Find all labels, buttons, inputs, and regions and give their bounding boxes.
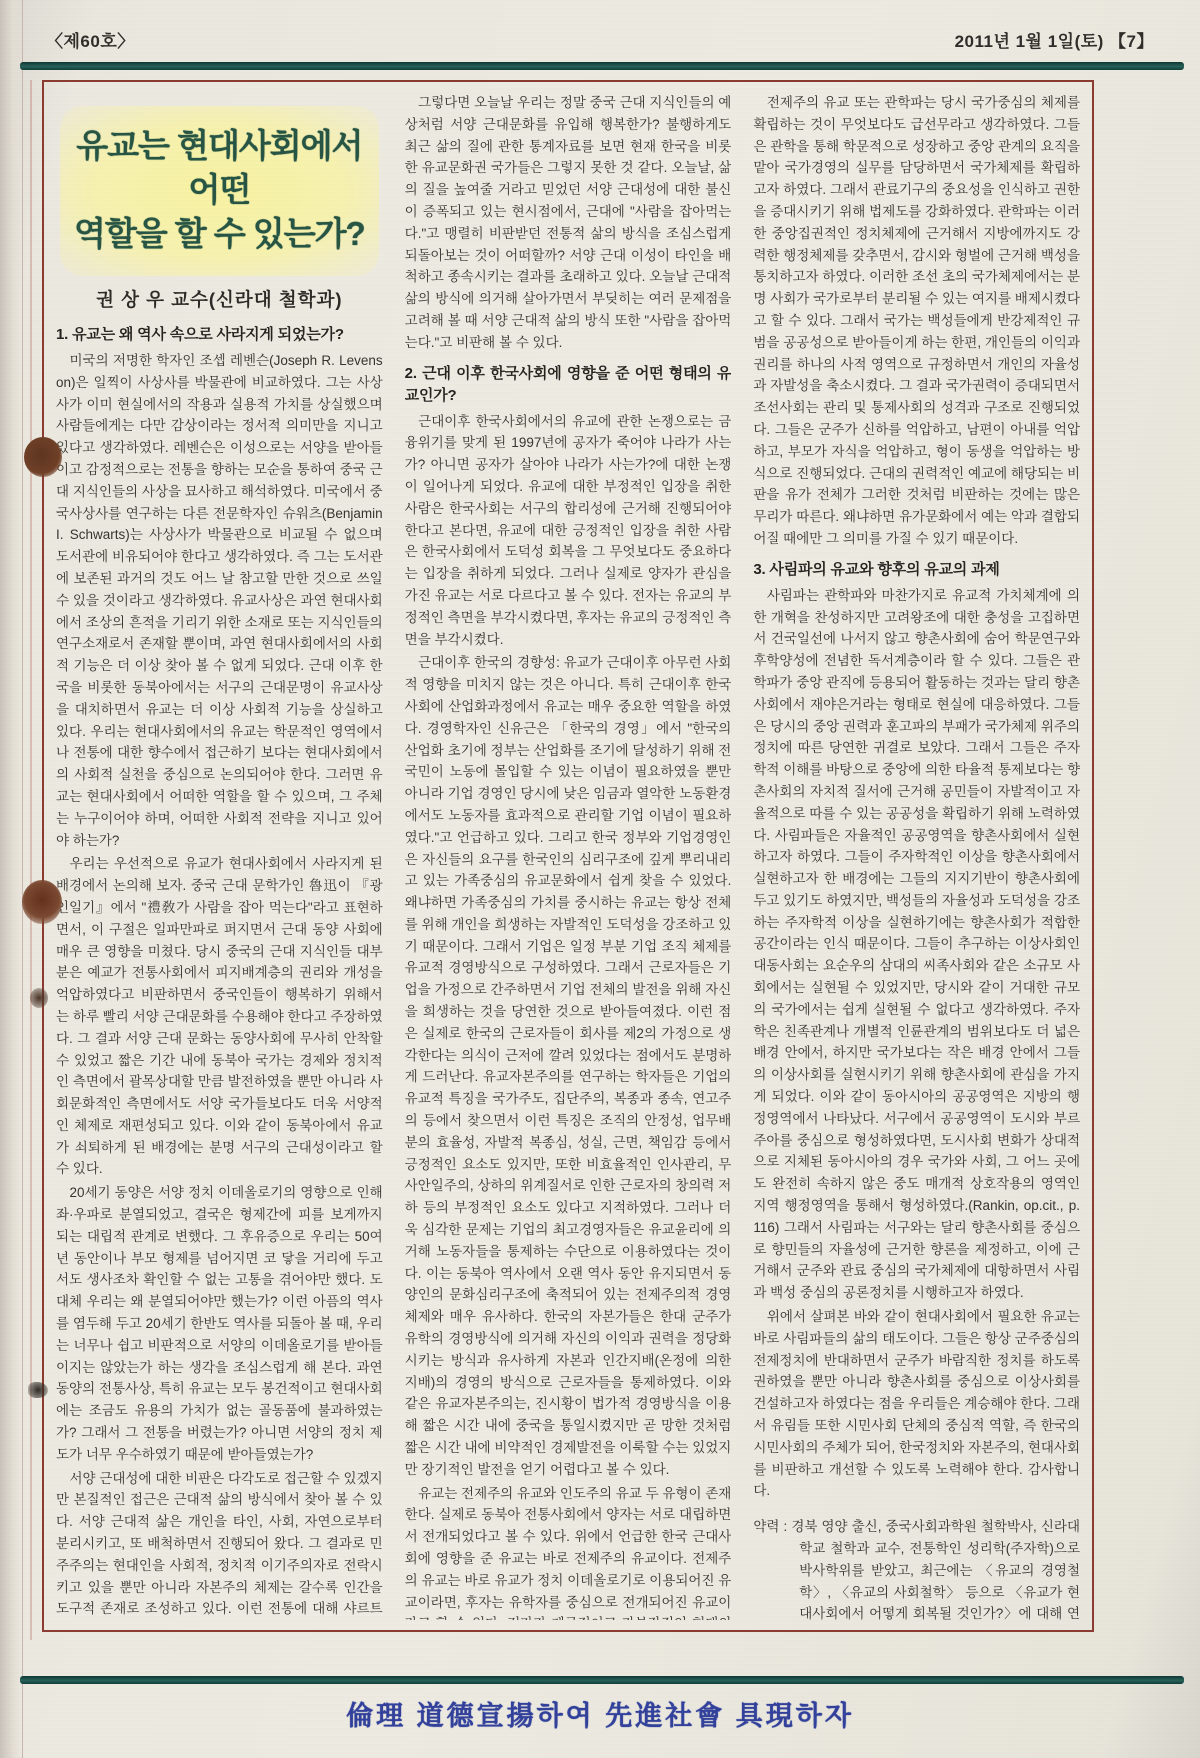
body-paragraph: 위에서 살펴본 바와 같이 현대사회에서 필요한 유교는 바로 사림파들의 삶의… <box>753 1306 1080 1502</box>
date-page-number: 2011년 1월 1일(토) 【7】 <box>955 27 1154 52</box>
body-paragraph: 유교는 전제주의 유교와 인도주의 유교 두 유형이 존재한다. 실제로 동북아… <box>405 1483 732 1620</box>
section-heading: 1. 유교는 왜 역사 속으로 사라지게 되었는가? <box>56 324 383 346</box>
body-paragraph: 우리는 우선적으로 유교가 현대사회에서 사라지게 된 배경에서 논의해 보자.… <box>56 853 383 1180</box>
body-paragraph: 그렇다면 오늘날 우리는 정말 중국 근대 지식인들의 예상처럼 서양 근대문화… <box>405 92 732 354</box>
column-1-blocks: 1. 유교는 왜 역사 속으로 사라지게 되었는가?미국의 저명한 학자인 조셉… <box>56 324 383 1620</box>
article-frame: 유교는 현대사회에서 어떤 역할을 할 수 있는가? 권 상 우 교수(신라대 … <box>42 80 1094 1632</box>
article-title-line2: 역할을 할 수 있는가? <box>66 212 373 256</box>
article-title: 유교는 현대사회에서 어떤 역할을 할 수 있는가? <box>60 106 379 276</box>
header-rule <box>20 62 1184 70</box>
article-author: 권 상 우 교수(신라대 철학과) <box>56 286 383 312</box>
body-paragraph: 근대이후 한국사회에서의 유교에 관한 논쟁으로는 금융위기를 맞게 된 199… <box>405 411 732 651</box>
column-3-blocks: 전제주의 유교 또는 관학파는 당시 국가중심의 체제를 확립하는 것이 무엇보… <box>753 92 1080 1620</box>
section-heading: 3. 사림파의 유교와 향후의 유교의 과제 <box>753 559 1080 581</box>
body-paragraph: 20세기 동양은 서양 정치 이데올로기의 영향으로 인해 좌·우파로 분열되었… <box>56 1182 383 1465</box>
column-1: 유교는 현대사회에서 어떤 역할을 할 수 있는가? 권 상 우 교수(신라대 … <box>56 92 383 1620</box>
author-bio-paragraph: 약력 : 경북 영양 출신, 중국사회과학원 철학박사, 신라대학교 철학과 교… <box>753 1516 1080 1620</box>
column-2-blocks: 그렇다면 오늘날 우리는 정말 중국 근대 지식인들의 예상처럼 서양 근대문화… <box>405 92 732 1620</box>
footer-rule <box>20 1676 1184 1684</box>
article-title-line1: 유교는 현대사회에서 어떤 <box>66 124 373 212</box>
body-paragraph: 전제주의 유교 또는 관학파는 당시 국가중심의 체제를 확립하는 것이 무엇보… <box>753 92 1080 550</box>
section-heading: 2. 근대 이후 한국사회에 영향을 준 어떤 형태의 유교인가? <box>405 363 732 407</box>
footer-slogan: 倫理 道德宣揚하여 先進社會 具現하자 <box>0 1694 1200 1733</box>
body-paragraph: 사림파는 관학파와 마찬가지로 유교적 가치체계에 의한 개혁을 찬성하지만 고… <box>753 585 1080 1304</box>
masthead: 〈제60호〉 2011년 1월 1일(토) 【7】 <box>46 16 1154 52</box>
scanner-edge-line <box>30 80 32 1640</box>
body-paragraph: 미국의 저명한 학자인 조셉 레벤슨(Joseph R. Levenson)은 … <box>56 350 383 851</box>
body-paragraph: 근대이후 한국의 경향성: 유교가 근대이후 아무런 사회적 영향을 미치지 않… <box>405 652 732 1480</box>
issue-number: 〈제60호〉 <box>46 27 135 52</box>
column-3: 전제주의 유교 또는 관학파는 당시 국가중심의 체제를 확립하는 것이 무엇보… <box>753 92 1080 1620</box>
scanner-edge <box>0 0 23 1758</box>
body-paragraph: 서양 근대성에 대한 비판은 다각도로 접근할 수 있겠지만 본질적인 접근은 … <box>56 1468 383 1620</box>
column-2: 그렇다면 오늘날 우리는 정말 중국 근대 지식인들의 예상처럼 서양 근대문화… <box>405 92 732 1620</box>
